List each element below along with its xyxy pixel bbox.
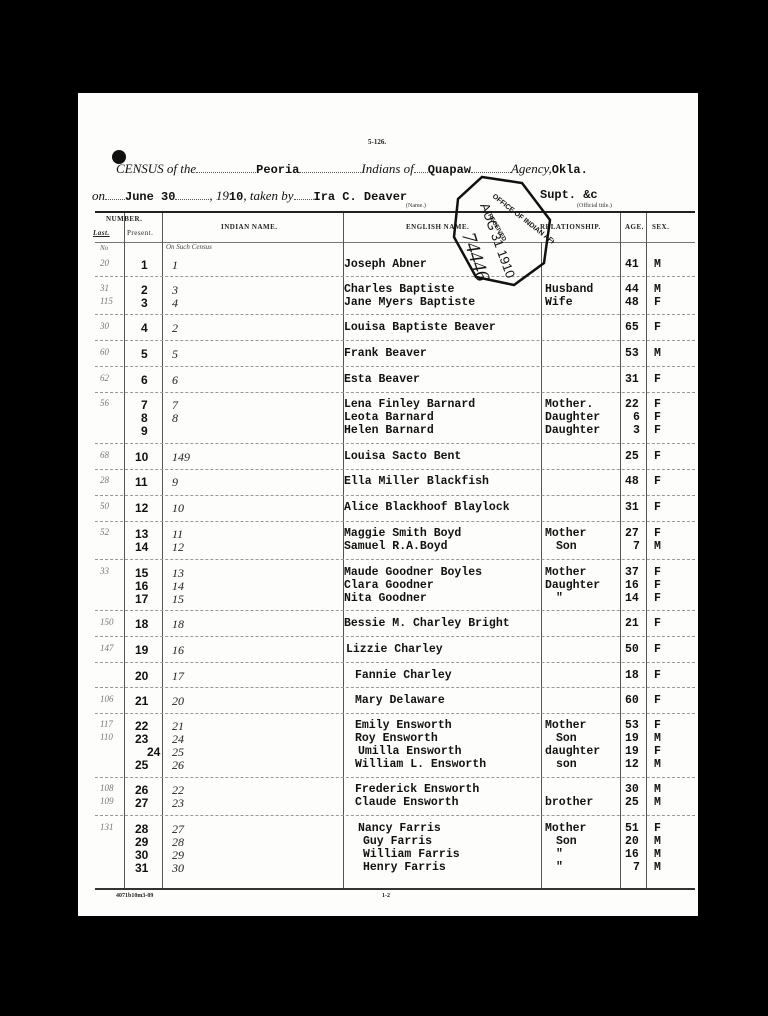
indian-name-number: 16 xyxy=(172,643,184,658)
english-name: Samuel R.A.Boyd xyxy=(344,540,448,553)
age: 44 xyxy=(625,283,639,296)
age: 41 xyxy=(625,258,639,271)
age: 6 xyxy=(633,411,640,424)
english-name: Frederick Ensworth xyxy=(355,783,479,796)
indians-of-label: Indians of xyxy=(361,161,413,176)
age: 51 xyxy=(625,822,639,835)
last-number: 110 xyxy=(100,732,113,742)
relationship: Son xyxy=(556,835,577,848)
sex: F xyxy=(654,321,661,334)
indian-name-number: 10 xyxy=(172,501,184,516)
english-name: Umilla Ensworth xyxy=(358,745,462,758)
sex: F xyxy=(654,373,661,386)
state-field: Okla. xyxy=(552,163,588,177)
sex: F xyxy=(654,669,661,682)
received-stamp: OFFICE OF INDIAN AFFAIRS RECEIVED AUG 31… xyxy=(452,175,554,287)
relationship: Mother xyxy=(545,719,586,732)
last-number: 108 xyxy=(100,783,114,793)
indian-name-number: 4 xyxy=(172,296,178,311)
present-number: 17 xyxy=(135,592,148,606)
row-divider xyxy=(95,314,695,315)
sex: M xyxy=(654,848,661,861)
col-age: AGE. xyxy=(625,223,644,231)
sex: M xyxy=(654,783,661,796)
sex: F xyxy=(654,579,661,592)
age: 12 xyxy=(625,758,639,771)
present-number: 13 xyxy=(135,527,148,541)
present-number: 7 xyxy=(141,398,148,412)
name-caption: (Name.) xyxy=(406,203,426,209)
last-number: 109 xyxy=(100,796,114,806)
relationship: Daughter xyxy=(545,411,600,424)
sex: F xyxy=(654,719,661,732)
english-name: Joseph Abner xyxy=(344,258,427,271)
last-number: 115 xyxy=(100,296,113,306)
relationship: Mother xyxy=(545,566,586,579)
indian-name-number: 26 xyxy=(172,758,184,773)
relationship: daughter xyxy=(545,745,600,758)
english-name: Frank Beaver xyxy=(344,347,427,360)
age: 50 xyxy=(625,643,639,656)
age: 25 xyxy=(625,796,639,809)
age: 16 xyxy=(625,579,639,592)
sex: F xyxy=(654,592,661,605)
sex: F xyxy=(654,745,661,758)
present-number: 25 xyxy=(135,758,148,772)
header-rule xyxy=(95,211,695,213)
relationship: " xyxy=(556,861,563,874)
last-number: 50 xyxy=(100,501,109,511)
row-divider xyxy=(95,777,695,778)
present-number: 14 xyxy=(135,540,148,554)
sex: F xyxy=(654,643,661,656)
age: 30 xyxy=(625,783,639,796)
agency-label: Agency, xyxy=(511,161,552,176)
relationship: Son xyxy=(556,540,577,553)
sex: M xyxy=(654,861,661,874)
relationship: " xyxy=(556,592,563,605)
age: 48 xyxy=(625,475,639,488)
age: 18 xyxy=(625,669,639,682)
age: 65 xyxy=(625,321,639,334)
sex: M xyxy=(654,347,661,360)
enumerator-field: Ira C. Deaver xyxy=(314,190,408,204)
indian-name-number: 2 xyxy=(172,321,178,336)
row-divider xyxy=(95,366,695,367)
row-divider xyxy=(95,392,695,393)
last-number: 33 xyxy=(100,566,109,576)
age: 19 xyxy=(625,732,639,745)
relationship: son xyxy=(556,758,577,771)
date-line: onJune 30, 1910, taken byIra C. Deaver xyxy=(92,188,407,204)
last-number: 131 xyxy=(100,822,114,832)
present-number: 26 xyxy=(135,783,148,797)
row-divider xyxy=(95,340,695,341)
sex: F xyxy=(654,424,661,437)
english-name: Louisa Baptiste Beaver xyxy=(344,321,496,334)
english-name: Nita Goodner xyxy=(344,592,427,605)
row-divider xyxy=(95,521,695,522)
english-name: Maude Goodner Boyles xyxy=(344,566,482,579)
present-number: 24 xyxy=(147,745,160,759)
present-number: 31 xyxy=(135,861,148,875)
year-prefix: , 19 xyxy=(209,188,229,203)
row-divider xyxy=(95,687,695,688)
age: 31 xyxy=(625,373,639,386)
relationship: Daughter xyxy=(545,579,600,592)
row-divider xyxy=(95,495,695,496)
present-number: 11 xyxy=(135,475,148,489)
age: 48 xyxy=(625,296,639,309)
form-number: 5-126. xyxy=(368,138,386,146)
on-label: on xyxy=(92,188,105,203)
last-note: No xyxy=(100,244,108,252)
last-number: 20 xyxy=(100,258,109,268)
last-number: 62 xyxy=(100,373,109,383)
english-name: Guy Farris xyxy=(363,835,432,848)
last-number: 28 xyxy=(100,475,109,485)
present-number: 1 xyxy=(141,258,148,272)
english-name: Henry Farris xyxy=(363,861,446,874)
sex: F xyxy=(654,411,661,424)
sex: F xyxy=(654,398,661,411)
sex: F xyxy=(654,617,661,630)
row-divider xyxy=(95,443,695,444)
english-name: Jane Myers Baptiste xyxy=(344,296,475,309)
indian-name-number: 1 xyxy=(172,258,178,273)
english-name: Louisa Sacto Bent xyxy=(344,450,461,463)
english-name: Mary Delaware xyxy=(355,694,445,707)
sex: M xyxy=(654,835,661,848)
age: 31 xyxy=(625,501,639,514)
age: 16 xyxy=(625,848,639,861)
title-caption: (Official title.) xyxy=(577,203,612,209)
english-name: Alice Blackhoof Blaylock xyxy=(344,501,510,514)
relationship: Son xyxy=(556,732,577,745)
english-name: William L. Ensworth xyxy=(355,758,486,771)
age: 53 xyxy=(625,719,639,732)
english-name: Lizzie Charley xyxy=(346,643,443,656)
sex: F xyxy=(654,475,661,488)
english-name: Clara Goodner xyxy=(344,579,434,592)
age: 22 xyxy=(625,398,639,411)
indian-name-number: 6 xyxy=(172,373,178,388)
indian-name-number: 9 xyxy=(172,475,178,490)
present-number: 21 xyxy=(135,694,148,708)
last-number: 30 xyxy=(100,321,109,331)
age: 14 xyxy=(625,592,639,605)
present-number: 23 xyxy=(135,732,148,746)
row-divider xyxy=(95,469,695,470)
present-number: 22 xyxy=(135,719,148,733)
age: 37 xyxy=(625,566,639,579)
english-name: Lena Finley Barnard xyxy=(344,398,475,411)
present-number: 18 xyxy=(135,617,148,631)
relationship: brother xyxy=(545,796,593,809)
age: 53 xyxy=(625,347,639,360)
row-divider xyxy=(95,636,695,637)
english-name: Claude Ensworth xyxy=(355,796,459,809)
relationship: Daughter xyxy=(545,424,600,437)
english-name: Helen Barnard xyxy=(344,424,434,437)
english-name: Fannie Charley xyxy=(355,669,452,682)
present-number: 16 xyxy=(135,579,148,593)
english-name: Nancy Farris xyxy=(358,822,441,835)
indian-name-number: 12 xyxy=(172,540,184,555)
indian-name-number: 20 xyxy=(172,694,184,709)
present-number: 29 xyxy=(135,835,148,849)
last-number: 56 xyxy=(100,398,109,408)
present-number: 5 xyxy=(141,347,148,361)
taken-by-label: , taken by xyxy=(243,188,293,203)
stamp-number: 74446 xyxy=(457,230,493,284)
age: 7 xyxy=(633,861,640,874)
print-code: 4071b10m3-09 xyxy=(116,893,153,899)
last-number: 31 xyxy=(100,283,109,293)
last-number: 147 xyxy=(100,643,114,653)
tribe-field: Peoria xyxy=(256,163,299,177)
age: 21 xyxy=(625,617,639,630)
indian-name-number: 8 xyxy=(172,411,178,426)
age: 3 xyxy=(633,424,640,437)
sex: F xyxy=(654,501,661,514)
sex: F xyxy=(654,450,661,463)
col-present: Present. xyxy=(127,229,153,237)
row-divider xyxy=(95,815,695,816)
date-field: June 30 xyxy=(125,190,175,204)
sex: F xyxy=(654,822,661,835)
row-divider xyxy=(95,276,695,277)
present-number: 12 xyxy=(135,501,148,515)
present-number: 30 xyxy=(135,848,148,862)
indian-name-number: 23 xyxy=(172,796,184,811)
row-divider xyxy=(95,713,695,714)
last-number: 106 xyxy=(100,694,114,704)
english-name: Leota Barnard xyxy=(344,411,434,424)
present-number: 15 xyxy=(135,566,148,580)
relationship: Mother. xyxy=(545,398,593,411)
present-number: 10 xyxy=(135,450,148,464)
indian-name-number: 15 xyxy=(172,592,184,607)
row-divider xyxy=(95,610,695,611)
sex: F xyxy=(654,527,661,540)
age: 19 xyxy=(625,745,639,758)
present-number: 6 xyxy=(141,373,148,387)
english-name: Roy Ensworth xyxy=(355,732,438,745)
relationship: " xyxy=(556,848,563,861)
relationship: Mother xyxy=(545,822,586,835)
age: 25 xyxy=(625,450,639,463)
col-sex: SEX. xyxy=(652,223,669,231)
sex: M xyxy=(654,540,661,553)
sex: M xyxy=(654,258,661,271)
present-number: 27 xyxy=(135,796,148,810)
col-indian-name: INDIAN NAME. xyxy=(221,223,278,231)
present-number: 8 xyxy=(141,411,148,425)
present-number: 4 xyxy=(141,321,148,335)
sex: F xyxy=(654,296,661,309)
last-number: 150 xyxy=(100,617,114,627)
last-number: 117 xyxy=(100,719,113,729)
age: 60 xyxy=(625,694,639,707)
relationship: Wife xyxy=(545,296,573,309)
english-name: Emily Ensworth xyxy=(355,719,452,732)
english-name: William Farris xyxy=(363,848,460,861)
indian-name-number: 18 xyxy=(172,617,184,632)
sex: M xyxy=(654,758,661,771)
indian-name-note: On Such Census xyxy=(166,243,212,251)
sex: F xyxy=(654,694,661,707)
english-name: Maggie Smith Boyd xyxy=(344,527,461,540)
census-of-the-label: CENSUS of the xyxy=(116,161,196,176)
relationship: Mother xyxy=(545,527,586,540)
english-name: Ella Miller Blackfish xyxy=(344,475,489,488)
present-number: 2 xyxy=(141,283,148,297)
col-last: Last. xyxy=(93,229,110,237)
page-code: 1-2 xyxy=(382,893,390,899)
sex: M xyxy=(654,796,661,809)
present-number: 9 xyxy=(141,424,148,438)
age: 20 xyxy=(625,835,639,848)
english-name: Bessie M. Charley Bright xyxy=(344,617,510,630)
sex: M xyxy=(654,732,661,745)
english-name: Charles Baptiste xyxy=(344,283,454,296)
present-number: 20 xyxy=(135,669,148,683)
indian-name-number: 149 xyxy=(172,450,190,465)
footer-rule xyxy=(95,888,695,890)
last-number: 52 xyxy=(100,527,109,537)
row-divider xyxy=(95,559,695,560)
english-name: Esta Beaver xyxy=(344,373,420,386)
indian-name-number: 5 xyxy=(172,347,178,362)
last-number: 68 xyxy=(100,450,109,460)
indian-name-number: 17 xyxy=(172,669,184,684)
age: 27 xyxy=(625,527,639,540)
age: 7 xyxy=(633,540,640,553)
present-number: 3 xyxy=(141,296,148,310)
row-divider xyxy=(95,662,695,663)
present-number: 19 xyxy=(135,643,148,657)
present-number: 28 xyxy=(135,822,148,836)
last-number: 60 xyxy=(100,347,109,357)
year-field: 10 xyxy=(229,190,243,204)
sex: F xyxy=(654,566,661,579)
sex: M xyxy=(654,283,661,296)
indian-name-number: 30 xyxy=(172,861,184,876)
